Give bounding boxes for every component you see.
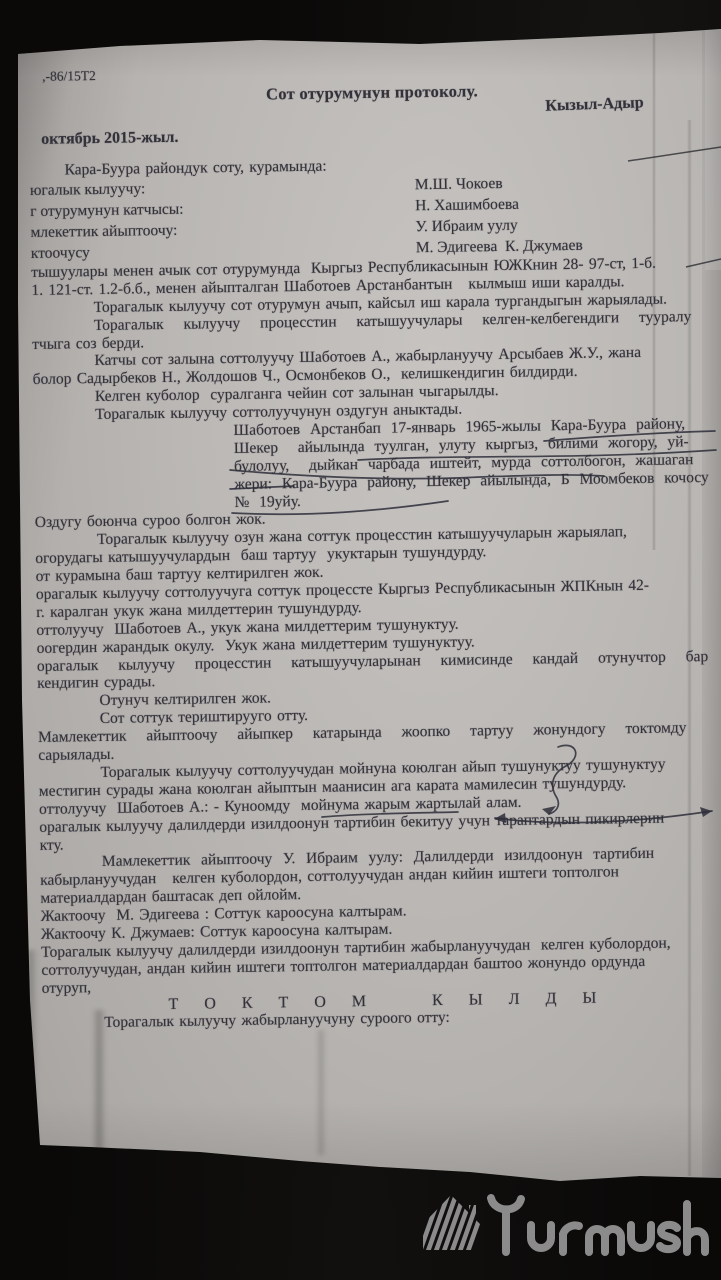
turmush-wordmark [491,1198,705,1252]
body-lines: тышуулары менен ачык сот отурумунда Кырг… [31,254,721,1033]
letter-m [589,1229,621,1252]
composition-person-name: М. Эдигеева К. Джумаев [416,235,583,258]
composition-person-name: Н. Хашимбоева [415,194,519,217]
paper-crease [316,1030,326,1155]
letter-r [563,1225,579,1252]
composition-person-name: У. Ибраим уулу [415,215,518,238]
document-photo: ,-86/15Т2 Сот отурумунун протоколу. Кызы… [0,0,721,1280]
letter-u [631,1225,651,1248]
letter-s [660,1225,677,1249]
composition-person-name: М.Ш. Чокоев [415,173,503,195]
paper-crease [28,950,38,1150]
composition-role-label: г отурумунун катчысы: [30,201,184,220]
document-content: ,-86/15Т2 Сот отурумунун протоколу. Кызы… [28,52,721,1033]
court-composition: югалык кылуучу:М.Ш. Чокоевг отурумунун к… [30,170,718,264]
striped-house-icon [419,1192,489,1254]
turmush-watermark [405,1178,715,1278]
letter-u [531,1225,551,1248]
letter-h [687,1204,705,1252]
paper-sheet: ,-86/15Т2 Сот отурумунун протоколу. Кызы… [0,0,721,1280]
composition-role-label: югалык кылуучу: [30,180,146,199]
composition-role-label: ктоочусу [31,244,90,262]
composition-role-label: млекеттик айыптоочу: [30,222,177,241]
